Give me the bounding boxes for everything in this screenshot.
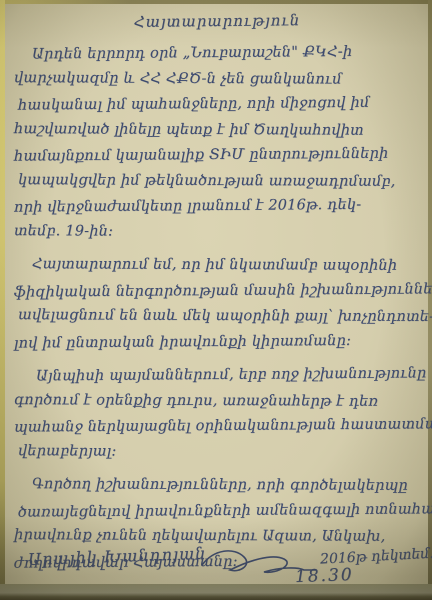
statement-body: Արդեն երրորդ օրն „Նուբարաշեն" ՔԿՀ-ի վարչ…	[14, 30, 420, 575]
handwritten-line: ավելացնում են նաև մեկ ապօրինի քայլ՝ խոչը…	[14, 303, 420, 330]
signature-date: 2016թ դեկտեմ. 18	[320, 544, 432, 567]
signature-name: Արայիկ Խանդոյան	[14, 543, 207, 569]
handwritten-line: պահանջ ներկայացնել օրինականության հաստատ…	[14, 412, 420, 441]
handwritten-line: որի վերջնաժամկետը լրանում է 2016թ. դեկ-	[14, 192, 420, 221]
handwritten-line: Հայտարարում եմ, որ իմ նկատմամբ ապօրինի	[14, 252, 420, 279]
handwritten-line: ծառայեցնելով իրավունքների ամենազգալի ոտն…	[14, 497, 420, 526]
handwritten-line: լով իմ ընտրական իրավունքի կիրառմանը:	[14, 328, 420, 357]
handwritten-line: հաշվառված լինելը պետք է իմ Ծաղկահովիտ	[14, 117, 420, 144]
handwritten-line: ֆիզիկական ներգործության մասին իշխանությո…	[14, 277, 420, 306]
photo-edge-bottom	[0, 584, 432, 600]
handwritten-line: տեմբ. 19-ին:	[14, 219, 420, 246]
handwritten-line: վարչակազմը և ՀՀ ՀՔԾ-ն չեն ցանկանում	[14, 66, 420, 93]
handwritten-line: Արդեն երրորդ օրն „Նուբարաշեն" ՔԿՀ-ի	[14, 39, 420, 68]
signature-row: Արայիկ Խանդոյան 2016թ դեկտեմ. 18	[14, 533, 422, 579]
handwritten-line: գործում է օրենքից դուրս, առաջնահերթ է դե…	[14, 388, 420, 415]
signature-time: 18.30	[295, 565, 354, 587]
photographed-handwritten-statement: Հայտարարություն Արդեն երրորդ օրն „Նուբար…	[0, 0, 432, 600]
handwritten-line: Գործող իշխանությունները, որի գործելակերպ…	[14, 472, 420, 499]
statement-title: Հայտարարություն	[14, 4, 420, 32]
handwritten-line: համայնքում կայանալիք ՏԻՄ ընտրությունների	[14, 141, 420, 170]
photo-edge-left	[0, 0, 5, 600]
handwritten-line: Այնպիսի պայմաններում, երբ ողջ իշխանությո…	[14, 361, 420, 390]
photo-edge-top	[0, 0, 432, 4]
handwritten-line: կապակցվեր իմ թեկնածության առաջադրմամբ,	[14, 168, 420, 195]
paper-sheet: Հայտարարություն Արդեն երրորդ օրն „Նուբար…	[14, 6, 420, 580]
handwritten-line: հասկանալ իմ պահանջները, որի միջոցով իմ	[14, 90, 420, 119]
handwritten-line: վերաբերյալ:	[14, 439, 420, 466]
